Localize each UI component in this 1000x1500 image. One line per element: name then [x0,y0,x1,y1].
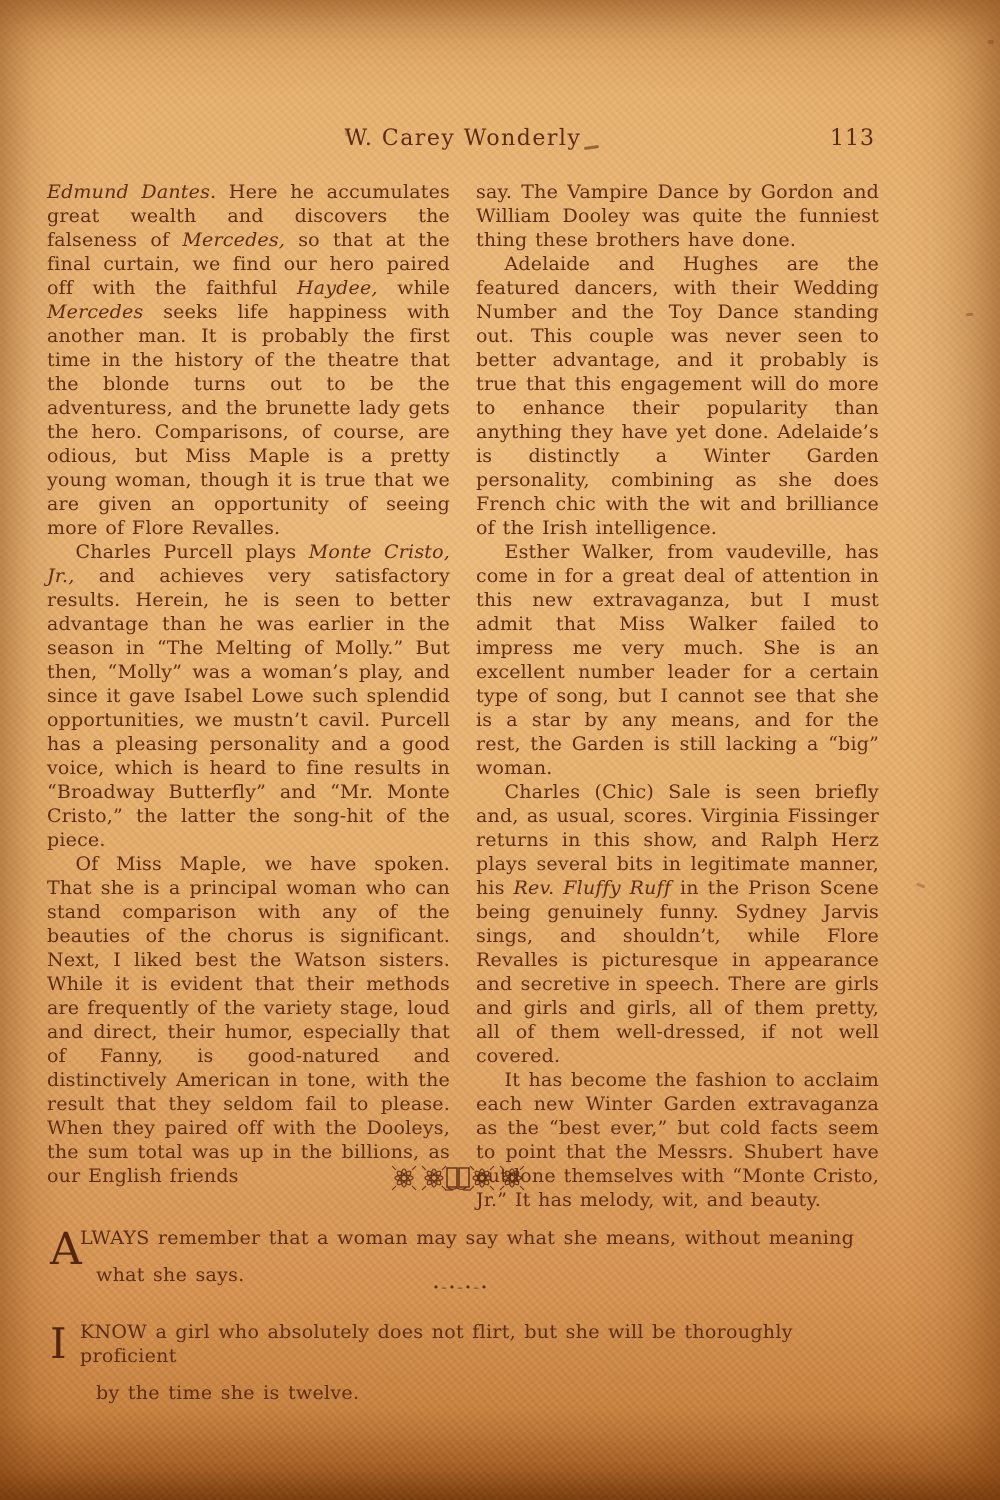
dot-dash-divider: •–•–•–• [433,1281,489,1294]
epigram-line: LWAYS remember that a woman may say what… [80,1226,882,1250]
epigram-line: by the time she is twelve. [96,1381,882,1405]
epigram: A LWAYS remember that a woman may say wh… [50,1226,882,1287]
article-body: Edmund Dantes. Here he accumulates great… [47,180,879,1212]
scan-fleck [966,313,973,316]
epigram-line: KNOW a girl who absolutely does not flir… [80,1320,882,1368]
paragraph: Charles (Chic) Sale is seen briefly and,… [476,780,879,1068]
paragraph: say. The Vampire Dance by Gordon and Wil… [476,180,879,252]
scan-fleck [988,40,994,44]
paragraph: Of Miss Maple, we have spoken. That she … [47,852,450,1188]
right-column: say. The Vampire Dance by Gordon and Wil… [476,180,879,1212]
paragraph: Edmund Dantes. Here he accumulates great… [47,180,450,540]
drop-cap: A [50,1228,82,1272]
open-book-glyph [445,1168,471,1190]
left-column: Edmund Dantes. Here he accumulates great… [47,180,450,1212]
printers-ornament-book-rosettes [389,1160,527,1200]
running-head-title: W. Carey Wonderly [47,126,879,151]
page-header: W. Carey Wonderly 113 [47,126,879,156]
drop-cap: I [50,1322,67,1366]
paragraph: Esther Walker, from vaudeville, has come… [476,540,879,780]
page-number: 113 [830,126,875,151]
paragraph: Adelaide and Hughes are the featured dan… [476,252,879,540]
paragraph: Charles Purcell plays Monte Cristo, Jr.,… [47,540,450,852]
paragraph: It has become the fashion to acclaim eac… [476,1068,879,1212]
epigram: I KNOW a girl who absolutely does not fl… [50,1320,882,1405]
